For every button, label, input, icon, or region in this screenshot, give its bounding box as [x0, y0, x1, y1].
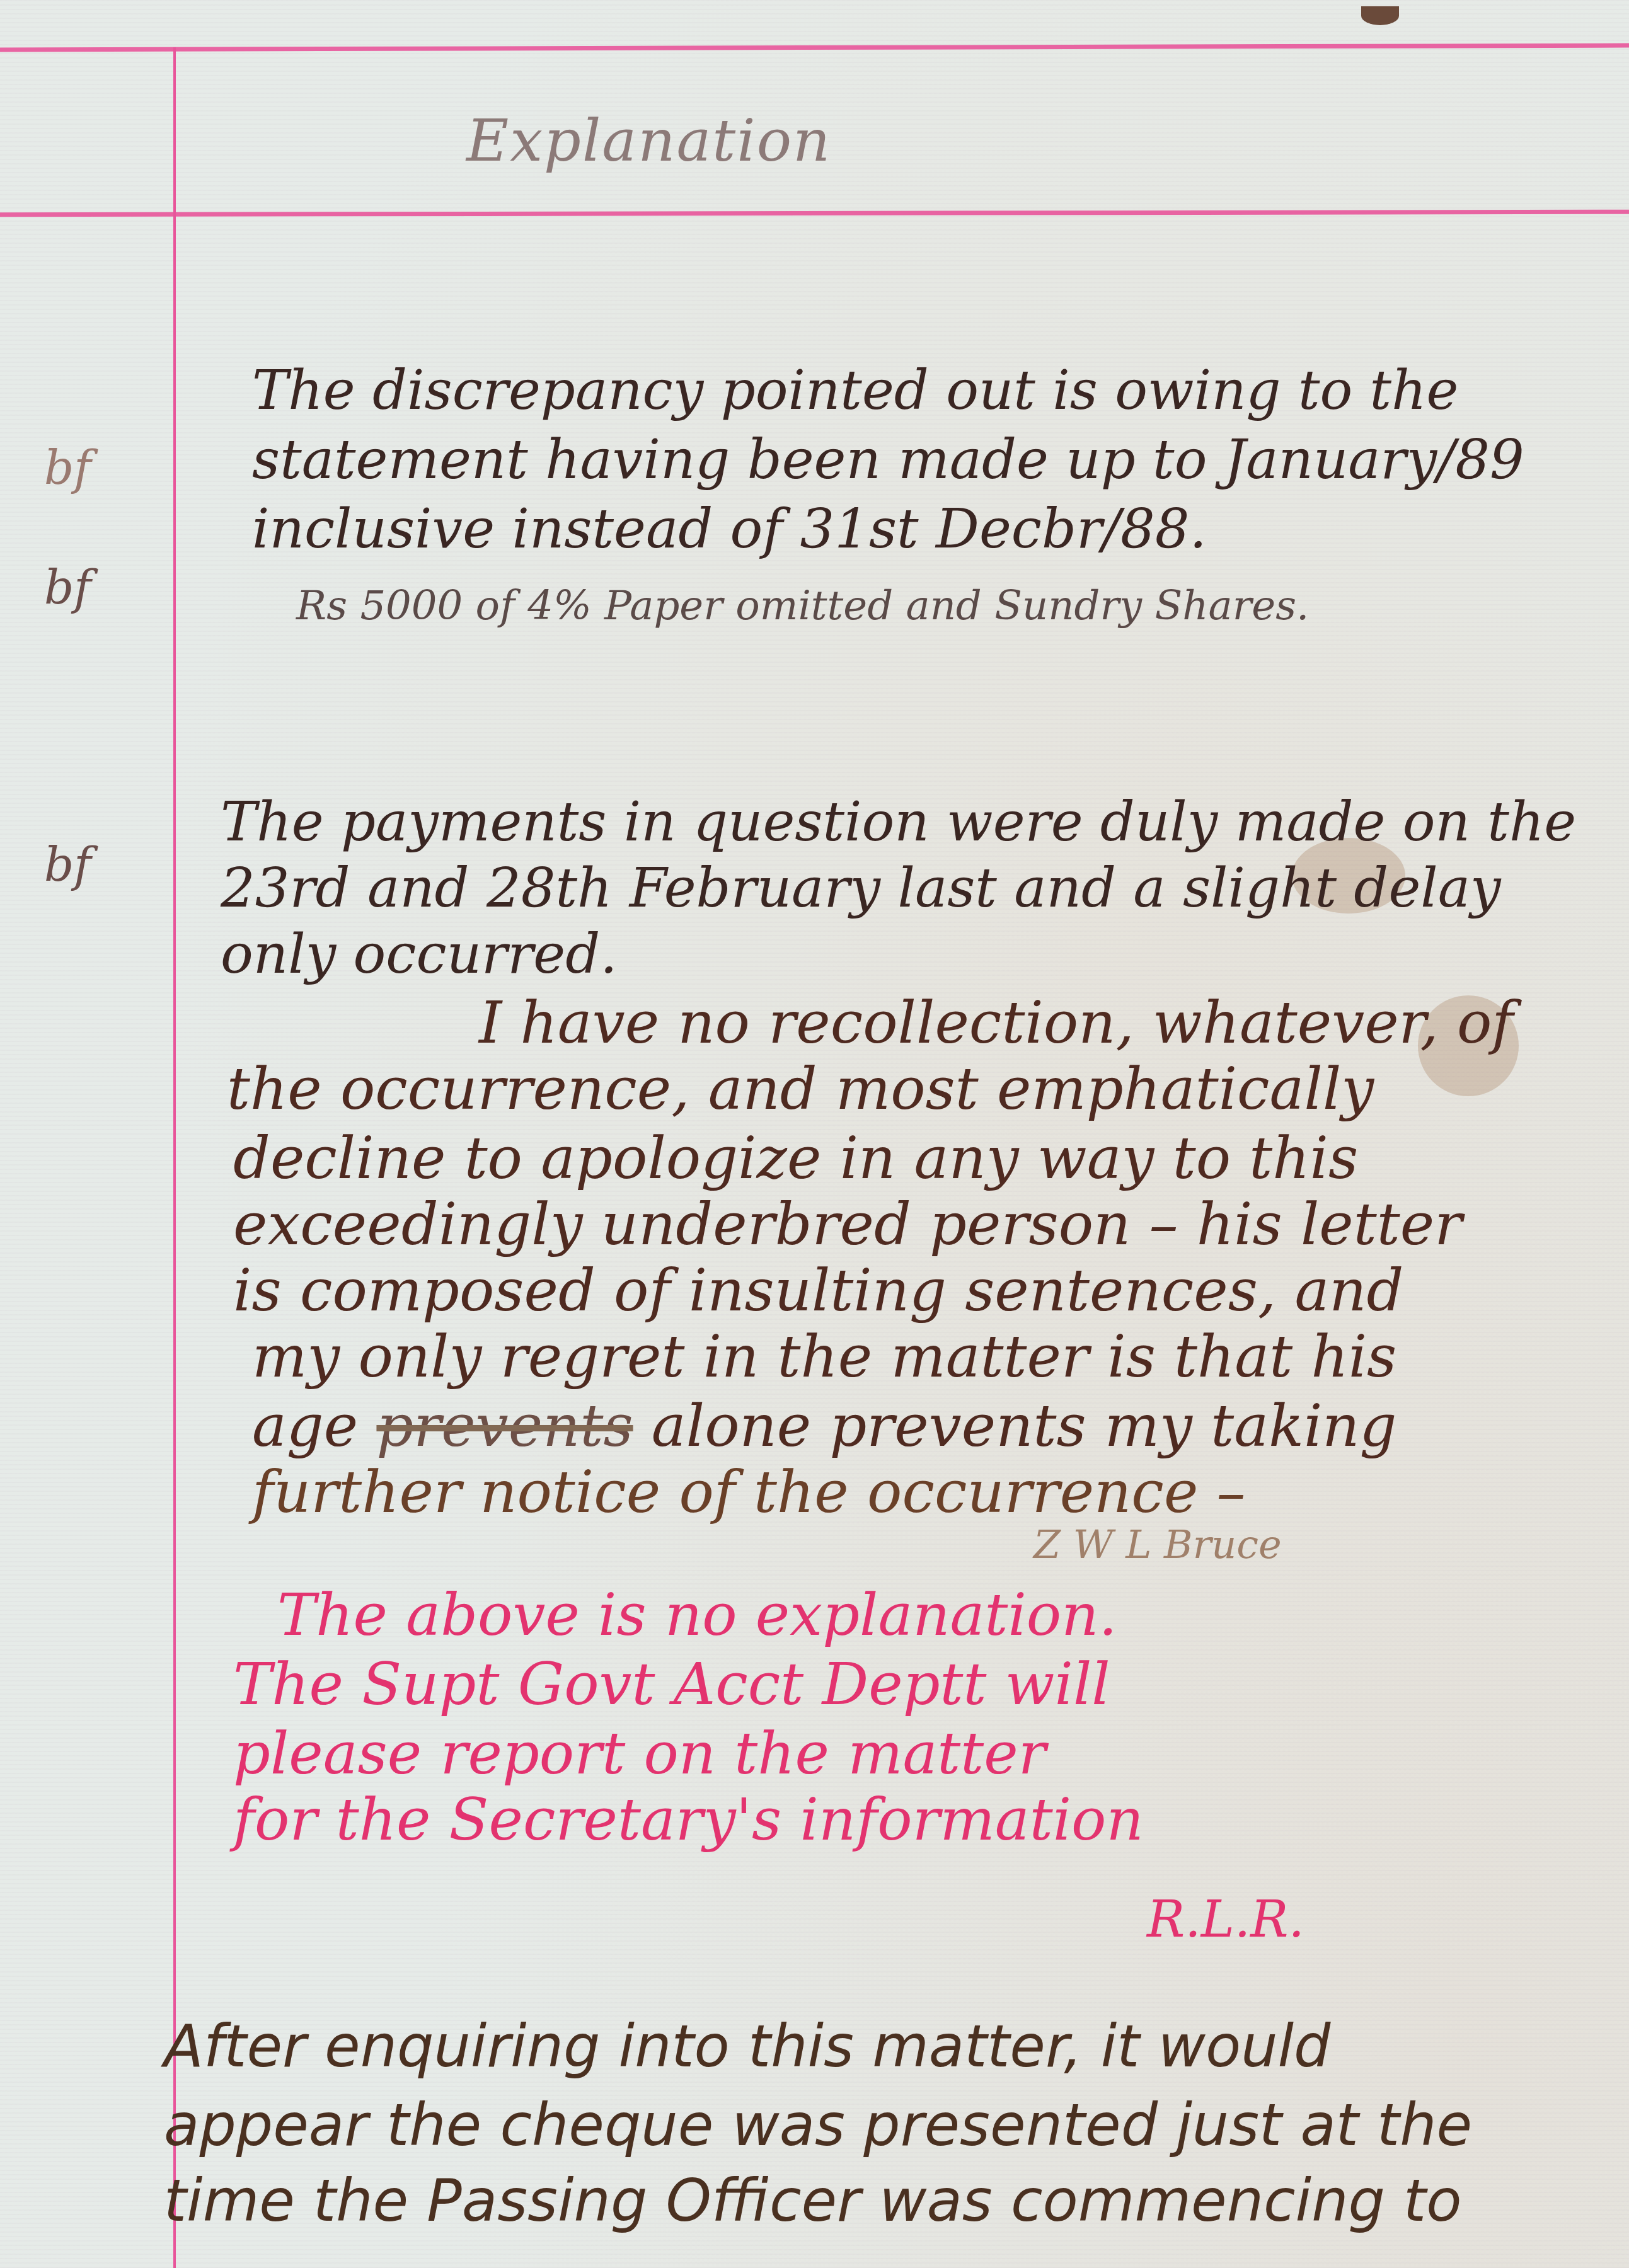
- text-line: The above is no explanation.: [277, 1581, 1117, 1649]
- text-line: The Supt Govt Acct Deptt will: [233, 1651, 1110, 1718]
- text-note: Rs 5000 of 4% Paper omitted and Sundry S…: [296, 583, 1309, 629]
- top-rule: [0, 43, 1629, 52]
- text-line: exceedingly underbred person – his lette…: [233, 1191, 1462, 1258]
- text-line: for the Secretary's information: [233, 1786, 1144, 1853]
- text-line: is composed of insulting sentences, and: [233, 1257, 1403, 1324]
- signature: Z W L Bruce: [1033, 1521, 1282, 1567]
- text-line: The payments in question were duly made …: [221, 791, 1576, 854]
- text-line: time the Passing Officer was commencing …: [164, 2167, 1461, 2235]
- text-segment: alone prevents my taking: [633, 1392, 1397, 1460]
- text-line: appear the cheque was presented just at …: [164, 2092, 1472, 2159]
- margin-note: bf: [44, 838, 91, 892]
- text-line: age prevents alone prevents my taking: [252, 1392, 1396, 1460]
- column-header: Explanation: [466, 107, 831, 175]
- text-line: only occurred.: [221, 923, 618, 986]
- margin-note: bf: [44, 441, 91, 495]
- header-rule: [0, 210, 1629, 217]
- struck-word: prevents: [376, 1392, 633, 1460]
- text-line: my only regret in the matter is that his: [252, 1323, 1396, 1390]
- signature: R.L.R.: [1147, 1890, 1304, 1949]
- ink-blot: [1361, 6, 1399, 25]
- text-line: please report on the matter: [233, 1720, 1046, 1787]
- text-line: further notice of the occurrence –: [252, 1458, 1246, 1526]
- text-line: The discrepancy pointed out is owing to …: [252, 359, 1458, 422]
- text-line: the occurrence, and most emphatically: [227, 1055, 1374, 1123]
- text-line: After enquiring into this matter, it wou…: [164, 2013, 1330, 2080]
- text-line: statement having been made up to January…: [252, 428, 1524, 491]
- margin-rule: [173, 47, 176, 2268]
- text-segment: age: [252, 1392, 376, 1460]
- text-line: 23rd and 28th February last and a slight…: [221, 857, 1501, 920]
- margin-note: bf: [44, 561, 91, 615]
- text-line: decline to apologize in any way to this: [233, 1125, 1358, 1192]
- text-line: inclusive instead of 31st Decbr/88.: [252, 498, 1207, 561]
- text-line: I have no recollection, whatever, of: [479, 989, 1513, 1057]
